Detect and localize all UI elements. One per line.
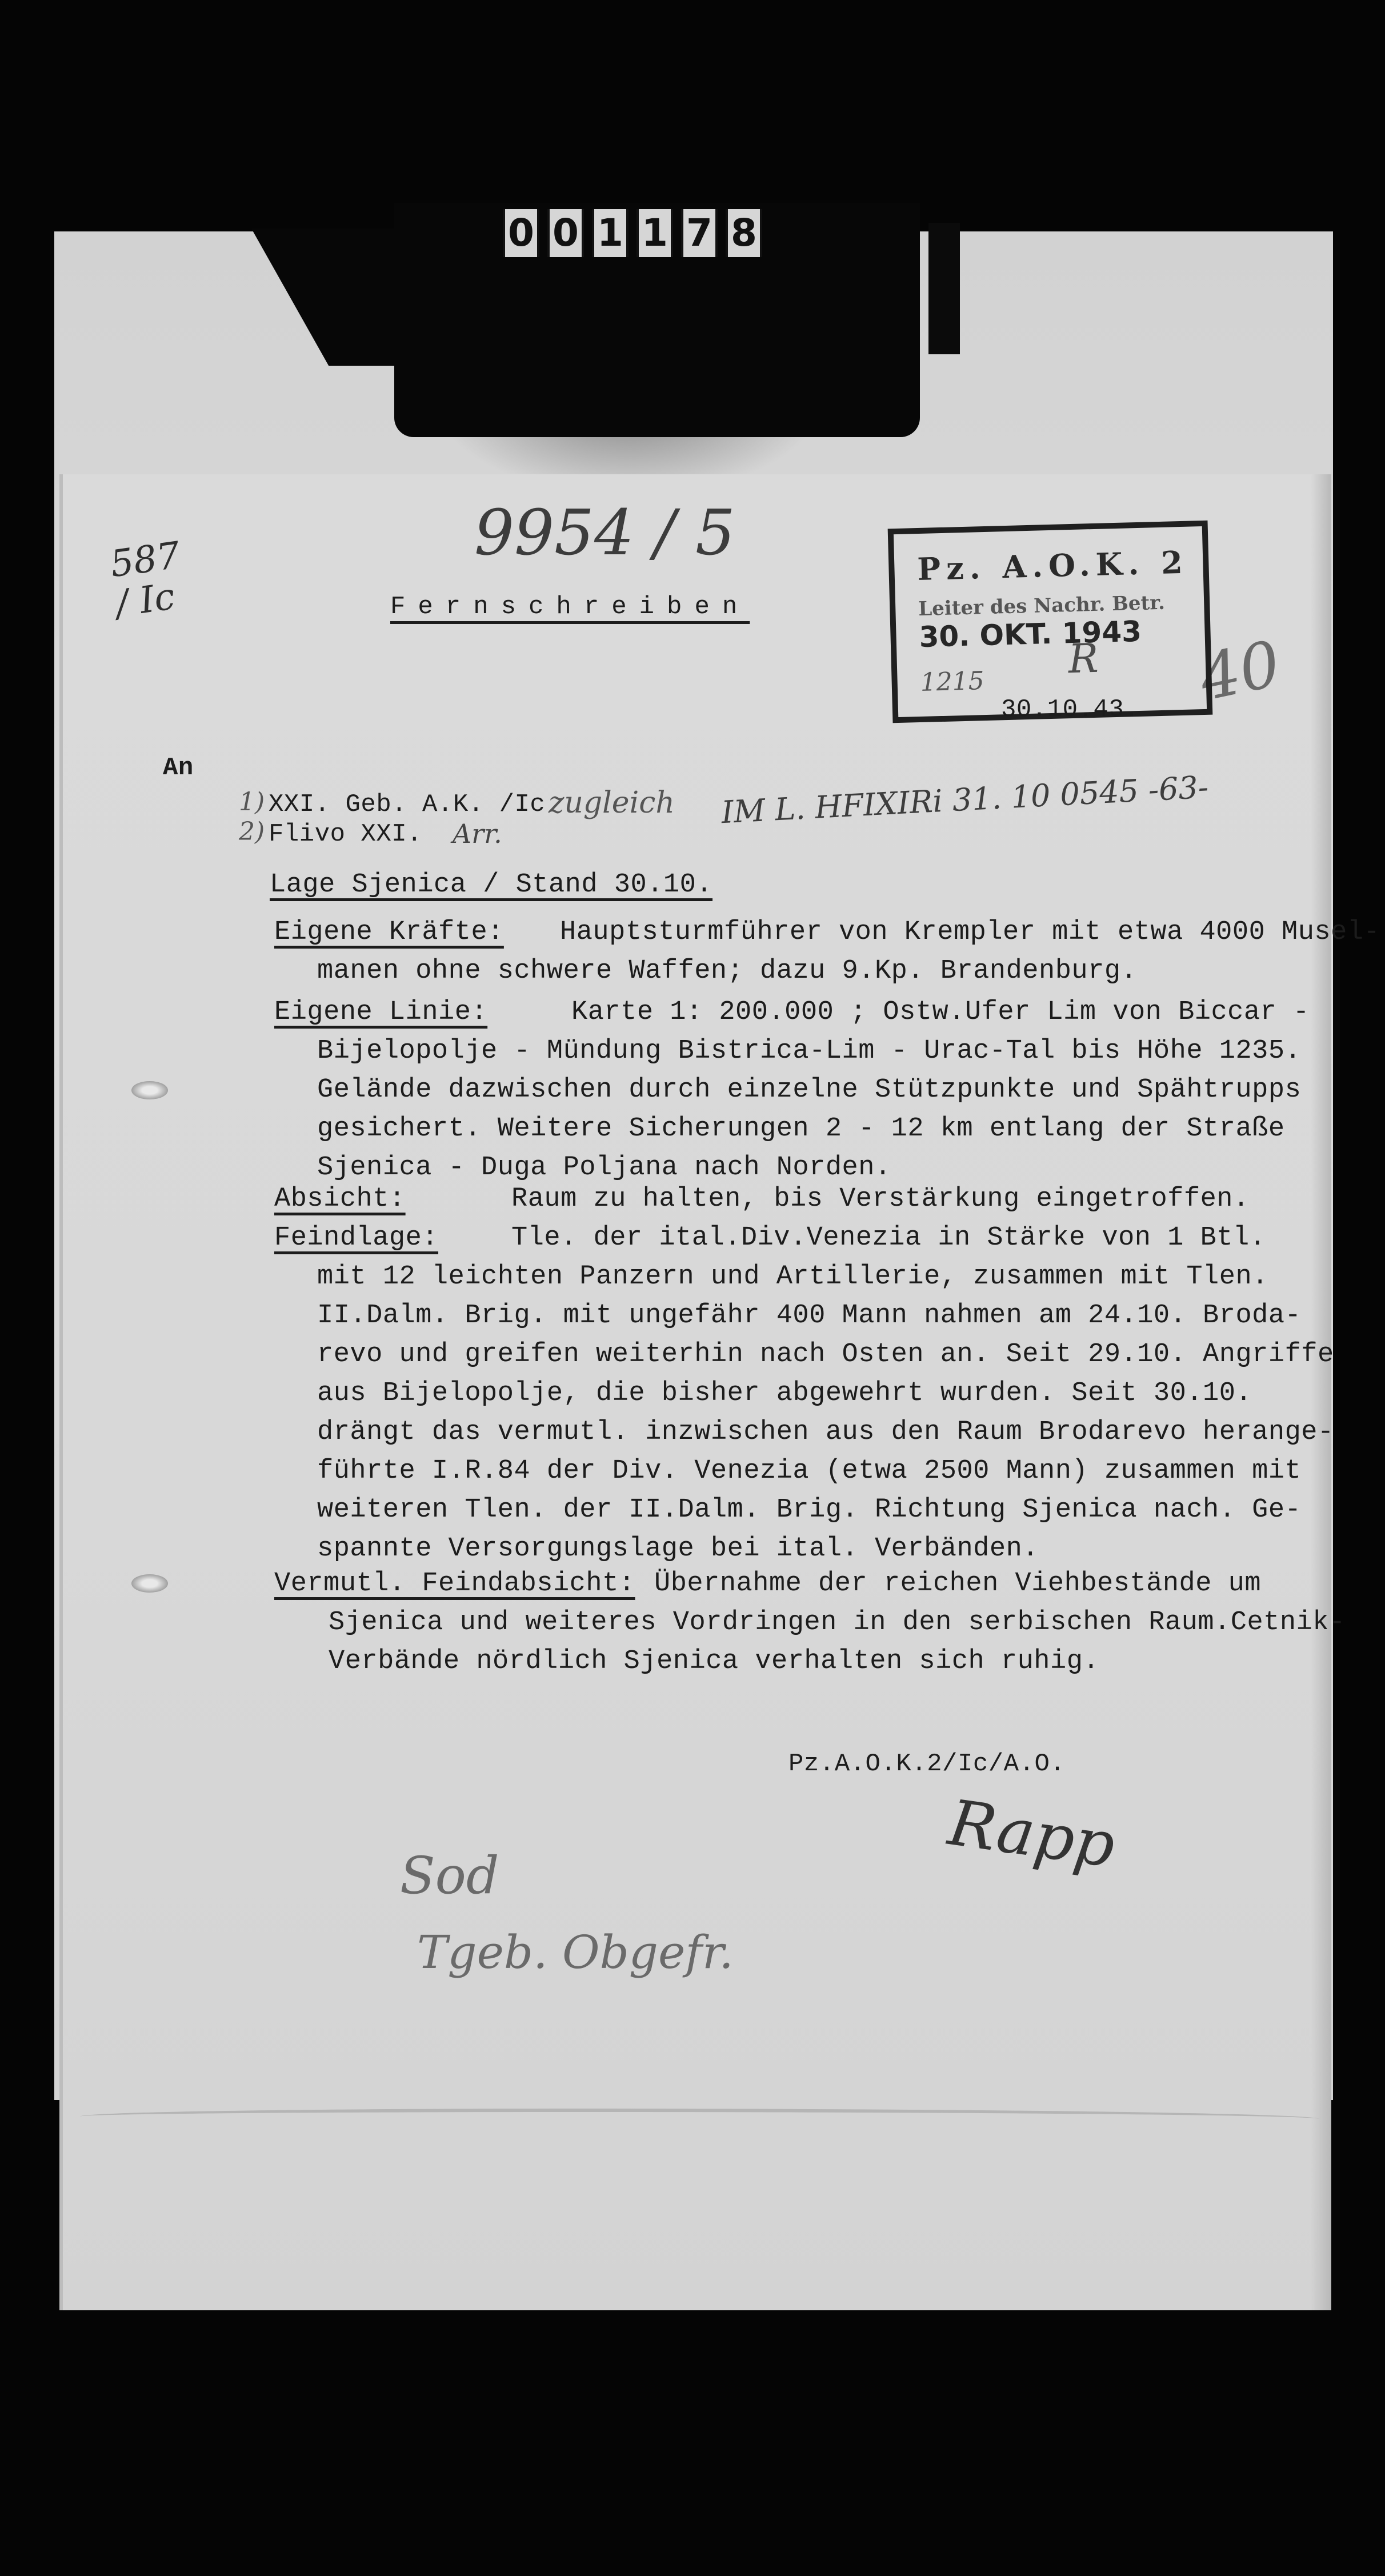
punch-hole bbox=[131, 1081, 168, 1099]
counter-digit: 0 bbox=[547, 209, 584, 257]
section-label: Eigene Kräfte: bbox=[274, 919, 504, 946]
section-text-line: Übernahme der reichen Viehbestände um bbox=[654, 1570, 1261, 1597]
stamp-number: 1215 bbox=[920, 666, 984, 697]
section-text-line: weiteren Tlen. der II.Dalm. Brig. Richtu… bbox=[317, 1497, 1301, 1523]
section-text-line: Karte 1: 200.000 ; Ostw.Ufer Lim von Bic… bbox=[571, 999, 1310, 1026]
recipient-label: An bbox=[163, 755, 194, 781]
section-label: Absicht: bbox=[274, 1186, 406, 1213]
film-clamp-arm bbox=[928, 223, 960, 354]
section-text-line: Verbände nördlich Sjenica verhalten sich… bbox=[329, 1648, 1099, 1675]
section-text-line: gesichert. Weitere Sicherungen 2 - 12 km… bbox=[317, 1115, 1285, 1142]
flivo-note: Arr. bbox=[453, 818, 502, 849]
stamp-initial: R bbox=[1068, 635, 1099, 682]
section-label: Eigene Linie: bbox=[274, 999, 487, 1026]
recipient-line: XXI. Geb. A.K. /Ic bbox=[269, 792, 545, 817]
section-text-line: mit 12 leichten Panzern und Artillerie, … bbox=[317, 1263, 1268, 1290]
section-text-line: revo und greifen weiterhin nach Osten an… bbox=[317, 1341, 1334, 1368]
receipt-stamp: Pz. A.O.K. 2 Leiter des Nachr. Betr. 30.… bbox=[888, 521, 1213, 723]
section-text-line: aus Bijelopolje, die bisher abgewehrt wu… bbox=[317, 1380, 1252, 1407]
section-text-line: Gelände dazwischen durch einzelne Stützp… bbox=[317, 1077, 1301, 1103]
section-label: Vermutl. Feindabsicht: bbox=[274, 1570, 635, 1597]
stamp-office: Pz. A.O.K. 2 bbox=[917, 544, 1189, 587]
bottom-note: Tgeb. Obgefr. bbox=[417, 1926, 734, 1979]
document-date: 30.10.43. bbox=[1001, 697, 1139, 722]
counter-digit: 1 bbox=[592, 209, 629, 257]
section-text-line: spannte Versorgungslage bei ital. Verbän… bbox=[317, 1535, 1039, 1562]
section-text-line: drängt das vermutl. inzwischen aus den R… bbox=[317, 1419, 1334, 1446]
list-mark: 2) bbox=[239, 817, 265, 846]
list-mark: 1) bbox=[239, 787, 265, 817]
section-text-line: Tle. der ital.Div.Venezia in Stärke von … bbox=[511, 1225, 1266, 1251]
section-text-line: Sjenica und weiteres Vordringen in den s… bbox=[329, 1609, 1346, 1636]
counter-digit: 7 bbox=[681, 209, 718, 257]
recipient-line: Flivo XXI. bbox=[269, 822, 422, 847]
margin-note: 587 / Ic bbox=[108, 535, 187, 625]
bottom-note: Sod bbox=[400, 1846, 499, 1906]
counter-digit: 8 bbox=[726, 209, 762, 257]
routing-note: zugleich bbox=[549, 786, 675, 820]
counter-digit: 1 bbox=[637, 209, 673, 257]
section-text-line: manen ohne schwere Waffen; dazu 9.Kp. Br… bbox=[317, 958, 1137, 985]
file-number-note: 9954 / 5 bbox=[474, 496, 735, 569]
sender-line: Pz.A.O.K.2/Ic/A.O. bbox=[788, 1751, 1065, 1777]
document-title: Fernschreiben bbox=[390, 594, 750, 619]
section-text-line: führte I.R.84 der Div. Venezia (etwa 250… bbox=[317, 1458, 1301, 1485]
section-text-line: II.Dalm. Brig. mit ungefähr 400 Mann nah… bbox=[317, 1302, 1301, 1329]
punch-hole bbox=[131, 1574, 168, 1593]
section-text-line: Raum zu halten, bis Verstärkung eingetro… bbox=[511, 1186, 1250, 1213]
page-edge-shadow bbox=[1311, 474, 1331, 2310]
section-text-line: Hauptsturmführer von Krempler mit etwa 4… bbox=[560, 919, 1380, 946]
stamp-date: 30. OKT. 1943 bbox=[919, 615, 1142, 654]
section-text-line: Sjenica - Duga Poljana nach Norden. bbox=[317, 1154, 891, 1181]
subject-line: Lage Sjenica / Stand 30.10. bbox=[270, 871, 712, 898]
torn-paper-edge bbox=[80, 2109, 1320, 2135]
frame-counter: 0 0 1 1 7 8 bbox=[503, 206, 762, 260]
section-label: Feindlage: bbox=[274, 1225, 438, 1251]
section-text-line: Bijelopolje - Mündung Bistrica-Lim - Ura… bbox=[317, 1038, 1301, 1065]
counter-digit: 0 bbox=[503, 209, 539, 257]
